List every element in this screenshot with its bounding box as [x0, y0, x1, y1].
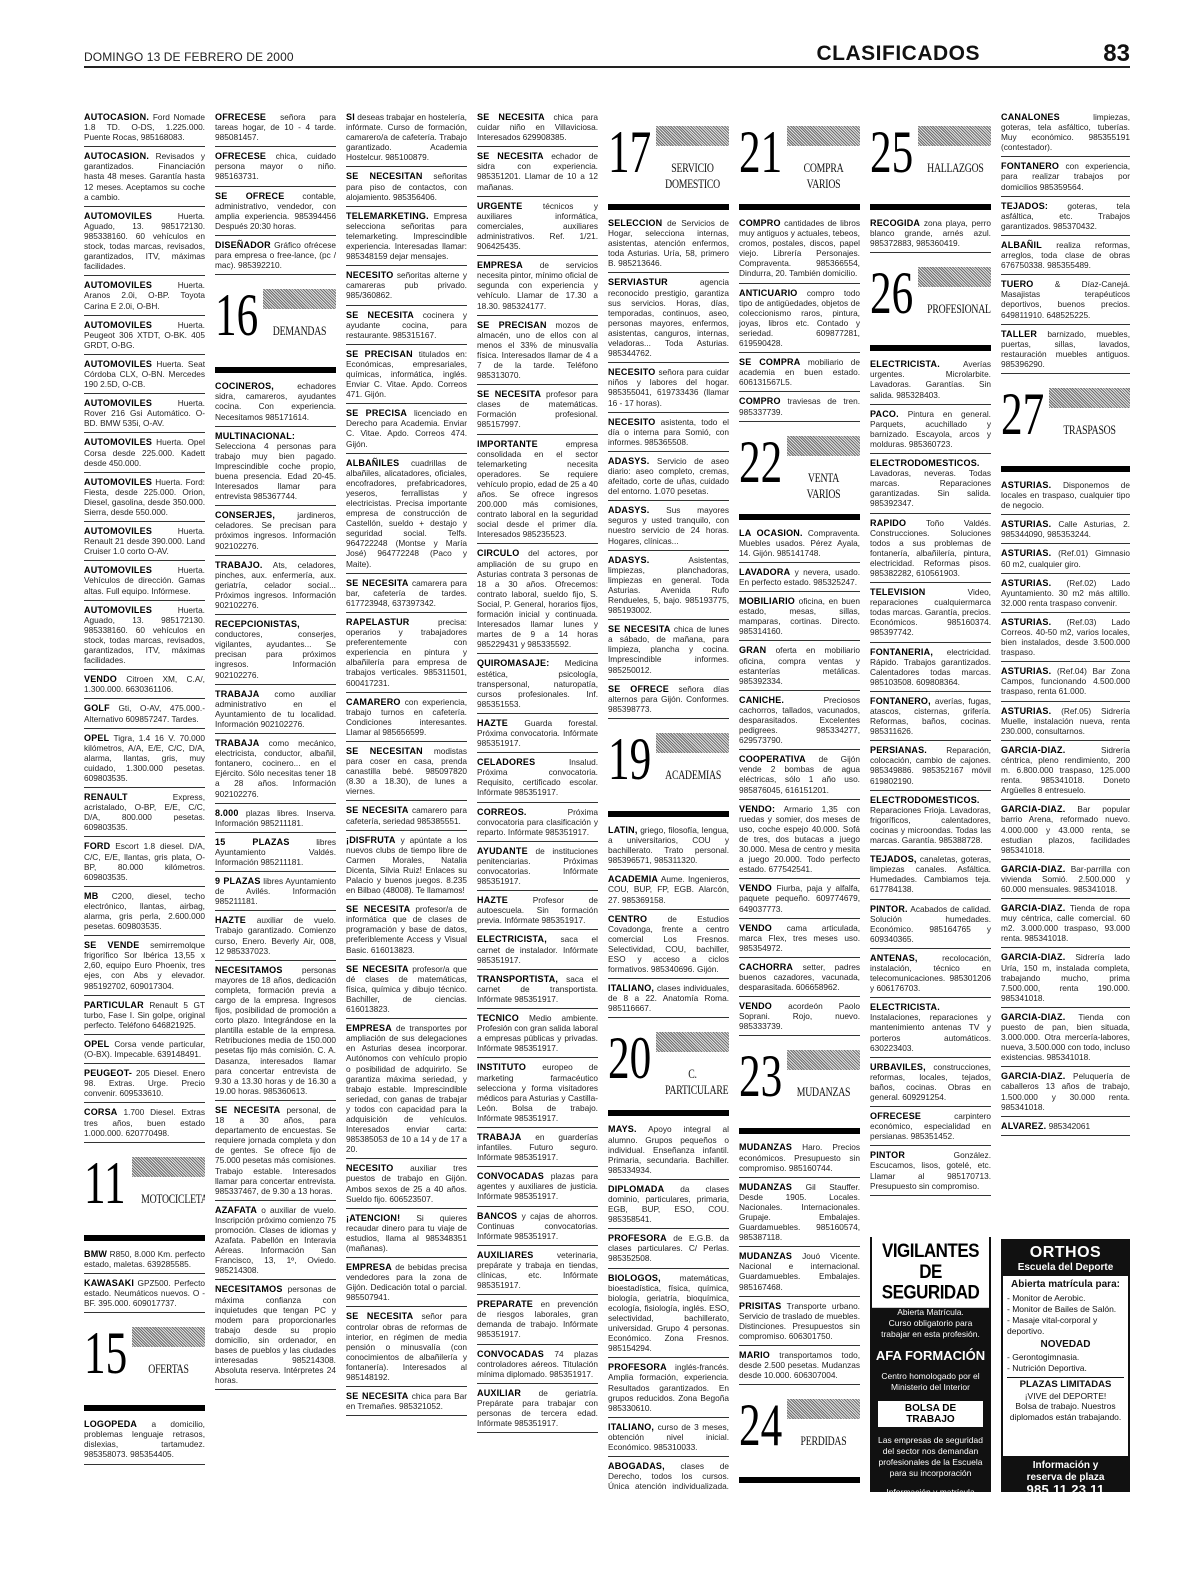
- ad-keyword: ELECTRICISTA.: [870, 359, 940, 369]
- classified-ad: HAZTE auxiliar de vuelo. Trabajo garanti…: [215, 911, 336, 960]
- ad-keyword: HAZTE: [477, 895, 508, 905]
- ad-keyword: AUTOMOVILES: [84, 526, 152, 536]
- ad-keyword: ASTURIAS.: [1001, 617, 1051, 627]
- classified-ad: TRANSPORTISTA, saca el carnet de transpo…: [477, 970, 598, 1009]
- classified-ad: GARCIA-DIAZ. Peluquería de caballeros 13…: [1001, 1067, 1130, 1116]
- ad-keyword: SE NECESITA: [477, 389, 541, 399]
- ad-keyword: MULTINACIONAL:: [215, 431, 295, 441]
- ad-keyword: ALBAÑIL: [1001, 240, 1042, 250]
- classified-ad: NECESITAMOS personas de máxima confianza…: [215, 1280, 336, 1390]
- classified-ad: ANTENAS, recolocación, instalación, técn…: [870, 949, 991, 998]
- classified-ad: SE VENDE semirremolque frigorífico Sor I…: [84, 936, 205, 995]
- classified-ad: ASTURIAS. (Ref.04) Bar Zona Campos, func…: [1001, 662, 1130, 701]
- ad-keyword: TELEVISION: [870, 587, 926, 597]
- ad-keyword: TUERO: [1001, 279, 1034, 289]
- ad-keyword: MARIO: [739, 1350, 770, 1360]
- classified-ad: AUXILIARES veterinaria, prepárate y trab…: [477, 1246, 598, 1295]
- ad-keyword: CACHORRA: [739, 962, 793, 972]
- classified-ad: CANICHE. Preciosos cachorros, tallados, …: [739, 691, 860, 750]
- vigilantes-title: VIGILANTES DE SEGURIDAD: [872, 1234, 989, 1308]
- ad-keyword: CORSA: [84, 1107, 118, 1117]
- orthos-novedad: NOVEDAD: [1003, 1337, 1128, 1352]
- section-rubric: 26PROFESIONALES: [870, 259, 991, 351]
- ad-keyword: DIPLOMADA: [608, 1184, 664, 1194]
- ad-keyword: ELECTRICISTA.: [870, 1002, 940, 1012]
- rubric-title: HALLAZGOS: [927, 160, 982, 176]
- ad-text: 985342061: [1049, 1121, 1091, 1131]
- ad-text: deseas trabajar en hostelería, infórmate…: [346, 112, 467, 162]
- ad-keyword: AUTOMOVILES: [84, 359, 152, 369]
- ad-text: personas de máxima confianza con inquiet…: [215, 1284, 336, 1385]
- ad-keyword: OPEL: [84, 1039, 109, 1049]
- classified-ad: CONVOCADAS 74 plazas controladores aéreo…: [477, 1345, 598, 1384]
- orthos-item: Gerontogimnasia.: [1007, 1352, 1124, 1363]
- ad-keyword: ASTURIAS.: [1001, 480, 1051, 490]
- ad-keyword: CIRCULO: [477, 548, 519, 558]
- ad-keyword: EMPRESA: [346, 1023, 392, 1033]
- ad-keyword: GARCIA-DIAZ.: [1001, 745, 1065, 755]
- classified-ad: NECESITO señora para cuidar niños y labo…: [608, 363, 729, 412]
- classified-ad: RAPIDO Toño Valdés. Construcciones. Solu…: [870, 514, 991, 584]
- classified-ad: ASTURIAS. (Ref.05) Sidrería Muelle, inst…: [1001, 702, 1130, 741]
- orthos-plazas-title: PLAZAS LIMITADAS: [1007, 1380, 1124, 1391]
- rubric-pattern: [656, 733, 729, 753]
- rubric-pattern: [132, 1327, 205, 1347]
- classified-ad: AUTOMOVILES Huerta. Ford: Fiesta, desde …: [84, 473, 205, 522]
- ad-text: Instalaciones, reparaciones y mantenimie…: [870, 1012, 991, 1052]
- column-8: CANALONES limpiezas, goteras, tela asfál…: [1001, 112, 1130, 1492]
- orthos-item: Monitor de Aerobic.: [1007, 1293, 1124, 1304]
- ad-keyword: GARCIA-DIAZ.: [1001, 952, 1065, 962]
- ad-text: Lavadoras, neveras. Todas marcas. Repara…: [870, 468, 991, 508]
- classified-ad: AZAFATA o auxiliar de vuelo. Inscripción…: [215, 1201, 336, 1281]
- ad-keyword: CONSERJES,: [215, 510, 275, 520]
- ad-keyword: SE NECESITA: [346, 1311, 413, 1321]
- ad-keyword: LA OCASION.: [739, 528, 803, 538]
- classified-ad: IMPORTANTE empresa consolidada en el sec…: [477, 435, 598, 545]
- classified-ad: MUDANZAS Gil Stauffer. Desde 1905. Local…: [739, 1178, 860, 1248]
- ad-text: precisa: operarios y trabajadores prefer…: [346, 617, 467, 688]
- ad-text: señor para controlar obras de reformas d…: [346, 1311, 467, 1382]
- classified-ad: GARCIA-DIAZ. Sidrería lado Uría, 150 m, …: [1001, 948, 1130, 1007]
- ad-keyword: KAWASAKI: [84, 1278, 134, 1288]
- classified-ad: LAVADORA y nevera, usado. En perfecto es…: [739, 563, 860, 592]
- classified-ad: PROFESORA inglés-francés. Amplia formaci…: [608, 1358, 729, 1417]
- ad-keyword: AUTOMOVILES: [84, 605, 152, 615]
- ad-keyword: ¡ATENCION!: [346, 1213, 400, 1223]
- section-rubric: 23MUDANZAS: [739, 1042, 860, 1134]
- orthos-info-1: Información y: [1003, 1460, 1128, 1472]
- section-rubric: 16DEMANDAS: [215, 281, 336, 373]
- rubric-number: 15: [84, 1321, 127, 1385]
- ad-keyword: NECESITO: [346, 1163, 393, 1173]
- ad-keyword: TALLER: [1001, 329, 1037, 339]
- classified-ad: VENDO: Armario 1,35 con ruedas y somier,…: [739, 800, 860, 880]
- classified-ad: ELECTRICISTA, saca el carnet de instalad…: [477, 930, 598, 969]
- ad-keyword: COMPRO: [739, 396, 781, 406]
- classified-ad: PINTOR. Acabados de calidad. Solución hu…: [870, 900, 991, 949]
- rubric-title: PROFESIONALES: [927, 301, 982, 317]
- ad-keyword: PACO.: [870, 409, 899, 419]
- classified-ad: CENTRO de Estudios Covadonga, frente a c…: [608, 910, 729, 980]
- classified-ad: EMPRESA de transportes por ampliación de…: [346, 1019, 467, 1159]
- classified-ad: AUTOMOVILES Huerta. Opel Corsa desde 225…: [84, 433, 205, 472]
- issue-date: DOMINGO 13 DE FEBRERO DE 2000: [84, 50, 294, 64]
- classified-ad: NECESITO señoritas alterne y camareras p…: [346, 266, 467, 305]
- ad-keyword: SE PRECISAN: [477, 320, 547, 330]
- classified-ad: HAZTE Guarda forestal. Próxima convocato…: [477, 714, 598, 753]
- classified-ad: AUTOMOVILES Huerta. Renault 21 desde 390…: [84, 522, 205, 561]
- rubric-number: 21: [739, 120, 782, 184]
- classified-ad: ASTURIAS. Disponemos de locales en trasp…: [1001, 476, 1130, 515]
- classified-ad: EMPRESA de bebidas precisa vendedores pa…: [346, 1258, 467, 1307]
- classified-ad: OFRECESE carpintero económico, especiali…: [870, 1107, 991, 1146]
- ad-keyword: SE OFRECE: [215, 191, 284, 201]
- ad-keyword: GARCIA-DIAZ.: [1001, 804, 1065, 814]
- classified-ad: FONTANERO, averías, fugas, atascos, cist…: [870, 692, 991, 741]
- column-3: SI deseas trabajar en hostelería, infórm…: [346, 112, 467, 1492]
- rubric-pattern: [656, 1032, 729, 1052]
- classified-ad: SE NECESITA señor para controlar obras d…: [346, 1307, 467, 1387]
- classified-ad: SE NECESITA camarero para cafetería, ser…: [346, 801, 467, 830]
- classified-ad: CACHORRA setter, padres buenos cazadores…: [739, 958, 860, 997]
- classified-ad: ¡ATENCION! Si quieres recaudar dinero pa…: [346, 1209, 467, 1258]
- bolsa-trabajo-label: BOLSA DE TRABAJO: [878, 1401, 983, 1427]
- ad-keyword: FONTANERIA,: [870, 647, 933, 657]
- ad-keyword: TEJADOS,: [870, 854, 917, 864]
- classified-ad: BIOLOGOS, matemáticas, bioestadística, f…: [608, 1269, 729, 1359]
- classified-ad: SE NECESITA personal, de 18 a 30 años, p…: [215, 1101, 336, 1201]
- rubric-title: MUDANZAS: [796, 1084, 851, 1100]
- classified-ad: FORD Escort 1.8 diesel. D/A, C/C, E/E, l…: [84, 837, 205, 886]
- orthos-header: ORTHOS Escuela del Deporte: [1003, 1241, 1128, 1276]
- ad-keyword: ABOGADAS,: [608, 1461, 665, 1471]
- classified-ad: MUDANZAS Haro. Precios económicos. Presu…: [739, 1138, 860, 1177]
- column-4: SE NECESITA chica para cuidar niño en Vi…: [477, 112, 598, 1492]
- ad-keyword: PARTICULAR: [84, 1000, 144, 1010]
- ad-keyword: ADASYS.: [608, 456, 649, 466]
- ad-keyword: ASTURIAS.: [1001, 548, 1051, 558]
- classified-ad: MUDANZAS Jouó Vicente. Nacional e intern…: [739, 1247, 860, 1296]
- ad-text: Reparaciones Frioja. Lavadoras, frigoríf…: [870, 805, 991, 845]
- orthos-item: Masaje vital-corporal y deportivo.: [1007, 1315, 1124, 1337]
- ad-keyword: PINTOR: [870, 1150, 905, 1160]
- rubric-title: DEMANDAS: [272, 323, 327, 339]
- rubric-title: COMPRA VARIOS: [796, 160, 851, 192]
- ad-keyword: VENDO: [739, 883, 772, 893]
- ad-keyword: FONTANERO: [1001, 161, 1059, 171]
- ad-keyword: MB: [84, 891, 98, 901]
- page-number: 83: [1103, 40, 1130, 68]
- rubric-title: OFERTAS: [141, 1361, 196, 1377]
- classified-ad: VENDO Citroen XM, C.A/, 1.300.000. 66303…: [84, 670, 205, 699]
- classified-ad: ITALIANO, curso de 3 meses, obtención ni…: [608, 1418, 729, 1457]
- classified-ad: PARTICULAR Renault 5 GT turbo, Fase I. S…: [84, 996, 205, 1035]
- ad-keyword: ANTENAS,: [870, 953, 918, 963]
- classified-ad: GARCIA-DIAZ. Bar popular barrio Arena, r…: [1001, 800, 1130, 859]
- ad-keyword: DISEÑADOR: [215, 240, 271, 250]
- ad-keyword: RENAULT: [84, 792, 128, 802]
- classified-ad: SE NECESITA echador de sidra con experie…: [477, 147, 598, 196]
- classified-ad: VENDO cama articulada, marca Flex, tres …: [739, 919, 860, 958]
- classified-ad: BMW R850, 8.000 Km. perfecto estado, mal…: [84, 1245, 205, 1274]
- rubric-pattern: [787, 126, 860, 146]
- ad-keyword: AUTOMOVILES: [84, 437, 152, 447]
- classified-ad: ADASYS. Asistentas, limpiezas, planchado…: [608, 551, 729, 621]
- ad-keyword: CENTRO: [608, 914, 647, 924]
- classified-ad: OFRECESE chica, cuidado persona mayor o …: [215, 147, 336, 186]
- classified-ad: 8.000 plazas libres. Inserva. Informació…: [215, 804, 336, 833]
- vigilantes-line-1: Abierta Matrícula.: [876, 1307, 985, 1318]
- classified-ad: ASTURIAS. (Ref.01) Gimnasio 60 m2, cualq…: [1001, 544, 1130, 573]
- ad-keyword: COCINEROS,: [215, 381, 274, 391]
- ad-keyword: SI: [346, 112, 355, 122]
- classified-ad: GRAN oferta en mobiliario oficina, compr…: [739, 641, 860, 690]
- classified-ad: GARCIA-DIAZ. Tienda de ropa muy céntrica…: [1001, 899, 1130, 948]
- classified-ad: TELEVISION Video, reparaciones cualquier…: [870, 583, 991, 642]
- ad-keyword: HAZTE: [215, 915, 246, 925]
- ad-keyword: PREPARATE: [477, 1299, 533, 1309]
- classified-ad: SE NECESITAN modistas para coser en casa…: [346, 742, 467, 801]
- ad-keyword: RAPELASTUR: [346, 617, 410, 627]
- classified-ad: CONVOCADAS plazas para agentes y auxilia…: [477, 1167, 598, 1206]
- ad-keyword: HAZTE: [477, 718, 508, 728]
- ad-keyword: TRANSPORTISTA,: [477, 974, 558, 984]
- classified-ad: CORSA 1.700 Diesel. Extras tres años, bu…: [84, 1103, 205, 1142]
- section-rubric: 11MOTOCICLETAS: [84, 1149, 205, 1241]
- section-rubric: 19ACADEMIAS: [608, 725, 729, 817]
- classified-ad: COOPERATIVA de Gijón vende 2 bombas de a…: [739, 750, 860, 799]
- ad-keyword: CELADORES: [477, 757, 535, 767]
- ad-keyword: GOLF: [84, 703, 110, 713]
- classified-ad: SE NECESITAN señoritas para piso de cont…: [346, 167, 467, 206]
- ad-keyword: OFRECESE: [215, 112, 266, 122]
- classified-ad: NECESITO auxiliar tres puestos de trabaj…: [346, 1159, 467, 1208]
- classified-ad: CAMARERO con experiencia, trabajo turnos…: [346, 693, 467, 742]
- classified-ad: RECEPCIONISTAS, conductores, conserjes, …: [215, 615, 336, 685]
- ad-keyword: AUTOMOVILES: [84, 280, 152, 290]
- ad-keyword: ELECTRICISTA,: [477, 934, 547, 944]
- rubric-pattern: [656, 126, 729, 146]
- classified-ad: TUERO & Díaz-Canejá. Masajistas terapéut…: [1001, 275, 1130, 324]
- ad-text: de transportes por ampliación de sus del…: [346, 1023, 467, 1154]
- classifieds-columns: AUTOCASION. Ford Nomade 1.8 TD. O-DS, 1.…: [84, 112, 1130, 1492]
- classified-ad: ASTURIAS. (Ref.02) Lado Ayuntamiento. 30…: [1001, 574, 1130, 613]
- rubric-pattern: [787, 1050, 860, 1070]
- ad-text: agencia reconocido prestigio, garantiza …: [608, 277, 729, 358]
- ad-keyword: PERSIANAS.: [870, 745, 927, 755]
- ad-keyword: 9 PLAZAS: [215, 876, 261, 886]
- classified-ad: SE NECESITA chica para Bar en Tremañes. …: [346, 1387, 467, 1416]
- classified-ad: SE OFRECE contable, administrativo, vend…: [215, 187, 336, 236]
- ad-keyword: ADASYS.: [608, 555, 649, 565]
- ad-keyword: RECEPCIONISTAS,: [215, 619, 300, 629]
- ad-keyword: SE COMPRA: [739, 357, 800, 367]
- section-rubric: 20C. PARTICULARES: [608, 1024, 729, 1116]
- ad-keyword: OPEL: [84, 733, 109, 743]
- classified-ad: URGENTE técnicos y auxiliares informátic…: [477, 197, 598, 256]
- classified-ad: SERVIASTUR agencia reconocido prestigio,…: [608, 273, 729, 363]
- classified-ad: TRABAJA como mecánico, electricista, con…: [215, 734, 336, 804]
- column-2: OFRECESE señora para tareas hogar, de 10…: [215, 112, 336, 1492]
- ad-keyword: ADASYS.: [608, 505, 649, 515]
- classified-ad: SE NECESITA profesor/a de informática qu…: [346, 900, 467, 959]
- ad-keyword: SE OFRECE: [608, 684, 669, 694]
- classified-ad: PACO. Pintura en general. Parquets, acuc…: [870, 405, 991, 454]
- ad-keyword: ANTICUARIO: [739, 288, 798, 298]
- classified-ad: COCINEROS, echadores sidra, camareros, a…: [215, 377, 336, 426]
- ad-keyword: RECOGIDA: [870, 218, 920, 228]
- classified-ad: SE NECESITA profesor para clases de mate…: [477, 385, 598, 434]
- ad-keyword: SE NECESITA: [346, 805, 409, 815]
- orthos-plazas: PLAZAS LIMITADAS ¡VIVE del DEPORTE! Bols…: [1007, 1377, 1124, 1422]
- classified-ad: KAWASAKI GPZ500. Perfecto estado. Neumát…: [84, 1274, 205, 1313]
- classified-ad: LATIN, griego, filosofía, lengua, a univ…: [608, 821, 729, 870]
- classified-ad: RECOGIDA zona playa, perro blanco grande…: [870, 214, 991, 253]
- classified-ad: PREPARATE en prevención de riesgos labor…: [477, 1295, 598, 1344]
- rubric-title: SERVICIO DOMESTICO: [665, 160, 720, 192]
- ad-keyword: COMPRO: [739, 218, 781, 228]
- ad-keyword: ¡DISFRUTA: [346, 835, 396, 845]
- column-8-ads: CANALONES limpiezas, goteras, tela asfál…: [1001, 112, 1130, 1232]
- rubric-number: 19: [608, 727, 651, 791]
- ad-keyword: SERVIASTUR: [608, 277, 668, 287]
- ad-keyword: TRABAJA: [477, 1132, 521, 1142]
- classified-ad: GARCIA-DIAZ. Sidrería céntrica, pleno re…: [1001, 741, 1130, 800]
- ad-keyword: ITALIANO,: [608, 983, 654, 993]
- classified-ad: SE NECESITA chica para cuidar niño en Vi…: [477, 112, 598, 147]
- ad-keyword: URBAVILES,: [870, 1062, 926, 1072]
- ad-keyword: SE PRECISA: [346, 408, 407, 418]
- classified-ad: PEUGEOT- 205 Diesel. Enero 98. Extras. U…: [84, 1064, 205, 1103]
- classified-ad: OPEL Corsa vende particular, (O-BX). Imp…: [84, 1035, 205, 1064]
- orthos-vive: ¡VIVE del DEPORTE!: [1007, 1391, 1124, 1402]
- ad-keyword: INSTITUTO: [477, 1062, 526, 1072]
- ad-keyword: MOBILIARIO: [739, 596, 795, 606]
- ad-keyword: FONTANERO,: [870, 696, 931, 706]
- classified-ad: TRABAJA como auxiliar administrativo en …: [215, 685, 336, 734]
- ad-keyword: OFRECESE: [870, 1111, 921, 1121]
- classified-ad: ANTICUARIO compro todo tipo de antigüeda…: [739, 284, 860, 354]
- ad-keyword: CANICHE.: [739, 695, 784, 705]
- ad-keyword: TRABAJO.: [215, 560, 263, 570]
- classified-ad: EMPRESA de servicios necesita pintor, mí…: [477, 256, 598, 315]
- ad-keyword: LATIN,: [608, 825, 638, 835]
- ad-keyword: TELEMARKETING.: [346, 211, 429, 221]
- ad-keyword: RAPIDO: [870, 518, 906, 528]
- ad-keyword: URGENTE: [477, 201, 522, 211]
- vigilantes-text: Abierta Matrícula. Curso obligatorio par…: [872, 1303, 989, 1344]
- rubric-pattern: [918, 267, 991, 287]
- vigilantes-line-2: Curso obligatorio para trabajar en esta …: [876, 1318, 985, 1340]
- classified-ad: NECESITO asistenta, todo el día o intern…: [608, 413, 729, 452]
- ad-keyword: GARCIA-DIAZ.: [1001, 903, 1065, 913]
- classified-ad: QUIROMASAJE: Medicina estética, psicolog…: [477, 654, 598, 713]
- ad-keyword: SE NECESITA: [346, 964, 409, 974]
- rubric-number: 20: [608, 1026, 651, 1090]
- orthos-open-label: Abierta matrícula para:: [1003, 1276, 1128, 1293]
- ad-keyword: NECESITO: [608, 367, 655, 377]
- column-7: 25HALLAZGOSRECOGIDA zona playa, perro bl…: [870, 112, 991, 1492]
- classified-ad: COMPRO cantidades de libros muy antiguos…: [739, 214, 860, 284]
- classified-ad: RENAULT Express, acristalado, O-BP, E/E,…: [84, 788, 205, 837]
- ad-keyword: CORREOS.: [477, 807, 527, 817]
- rubric-title: ACADEMIAS: [665, 767, 720, 783]
- ad-keyword: EXTRAVIADA: [739, 1491, 799, 1492]
- ad-keyword: AUTOMOVILES: [84, 320, 152, 330]
- ad-keyword: AUTOMOVILES: [84, 477, 152, 487]
- ad-keyword: AUTOCASION.: [84, 151, 149, 161]
- rubric-number: 26: [870, 261, 913, 325]
- section-title: CLASIFICADOS: [817, 42, 981, 66]
- ad-keyword: SE NECESITAN: [346, 746, 423, 756]
- classified-ad: ASTURIAS. (Ref.03) Lado Correos. 40-50 m…: [1001, 613, 1130, 662]
- rubric-number: 27: [1001, 382, 1044, 446]
- page-header: DOMINGO 13 DE FEBRERO DE 2000 CLASIFICAD…: [84, 42, 1130, 68]
- classified-ad: HAZTE Profesor de autoescuela. Sin forma…: [477, 891, 598, 930]
- ad-text: C200, diesel, techo electrónico, llantas…: [84, 891, 205, 931]
- orthos-item: Nutrición Deportiva.: [1007, 1363, 1124, 1374]
- classified-ad: PRISITAS Transporte urbano. Servicio de …: [739, 1297, 860, 1346]
- section-rubric: 24PERDIDAS: [739, 1391, 860, 1483]
- orthos-phone: 985 11 23 11: [1003, 1484, 1128, 1492]
- ad-text: Selecciona 4 personas para trabajo muy b…: [215, 441, 336, 501]
- vigilantes-line-5: Información y matrícula: [872, 1483, 989, 1492]
- ad-keyword: TECNICO: [477, 1013, 519, 1023]
- classified-ad: ALBAÑIL realiza reformas, arreglos, toda…: [1001, 236, 1130, 275]
- classified-ad: URBAVILES, construcciones, reformas, loc…: [870, 1058, 991, 1107]
- afa-brand: AFA FORMACIÓN: [872, 1344, 989, 1367]
- ad-text: del actores, por ampliación de su grupo …: [477, 548, 598, 649]
- ad-keyword: ASTURIAS.: [1001, 519, 1051, 529]
- orthos-course-list: Monitor de Aerobic. Monitor de Bailes de…: [1003, 1293, 1128, 1337]
- classified-ad: ACADEMIA Aume. Ingenieros, COU, BUP, FP,…: [608, 870, 729, 909]
- classified-ad: SI deseas trabajar en hostelería, infórm…: [346, 112, 467, 167]
- classified-ad: SELECCION de Servicios de Hogar, selecci…: [608, 214, 729, 273]
- classified-ad: SE COMPRA mobiliario de academia en buen…: [739, 353, 860, 392]
- ad-keyword: MUDANZAS: [739, 1142, 792, 1152]
- ad-keyword: SELECCION: [608, 218, 662, 228]
- ad-keyword: SE NECESITA: [346, 578, 409, 588]
- ad-keyword: ACADEMIA: [608, 874, 658, 884]
- classified-ad: PINTOR González. Escucamos, lisos, gotel…: [870, 1146, 991, 1195]
- classified-ad: AUTOMOVILES Huerta. Aguado, 13. 98517213…: [84, 601, 205, 671]
- classified-ad: AUTOCASION. Ford Nomade 1.8 TD. O-DS, 1.…: [84, 112, 205, 147]
- classified-ad: ALBAÑILES cuadrillas de albañiles, alica…: [346, 454, 467, 574]
- rubric-pattern: [918, 126, 991, 146]
- column-1: AUTOCASION. Ford Nomade 1.8 TD. O-DS, 1.…: [84, 112, 205, 1492]
- classified-ad: ¡DISFRUTA y apúntate a los nuevos clubs …: [346, 831, 467, 901]
- classified-ad: AYUDANTE de instituciones penitenciarias…: [477, 842, 598, 891]
- classified-ad: SE PRECISA licenciado en Derecho para Ac…: [346, 404, 467, 453]
- rubric-pattern: [1049, 388, 1130, 408]
- classified-ad: TRABAJO. Ats, celadores, pinches, aux. e…: [215, 556, 336, 615]
- ad-keyword: TRABAJA: [215, 689, 259, 699]
- classified-ad: ADASYS. Servicio de aseo diario: aseo co…: [608, 452, 729, 501]
- classified-ad: BANCOS y cajas de ahorros. Continuas con…: [477, 1207, 598, 1246]
- vigilantes-title-line-1: VIGILANTES DE: [874, 1241, 987, 1282]
- classified-ad: AUTOMOVILES Huerta. Peugeot 306 XTDT, O-…: [84, 316, 205, 355]
- rubric-title: C. PARTICULARES: [665, 1066, 720, 1098]
- ad-keyword: SE VENDE: [84, 940, 139, 950]
- ad-keyword: AZAFATA: [215, 1205, 257, 1215]
- ad-keyword: NECESITO: [346, 270, 393, 280]
- section-rubric: 17SERVICIO DOMESTICO: [608, 118, 729, 210]
- ad-keyword: NECESITAMOS: [215, 1284, 283, 1294]
- classified-ad: NECESITAMOS personas mayores de 18 años,…: [215, 961, 336, 1101]
- ad-keyword: SE NECESITA: [477, 112, 545, 122]
- rubric-number: 17: [608, 120, 651, 184]
